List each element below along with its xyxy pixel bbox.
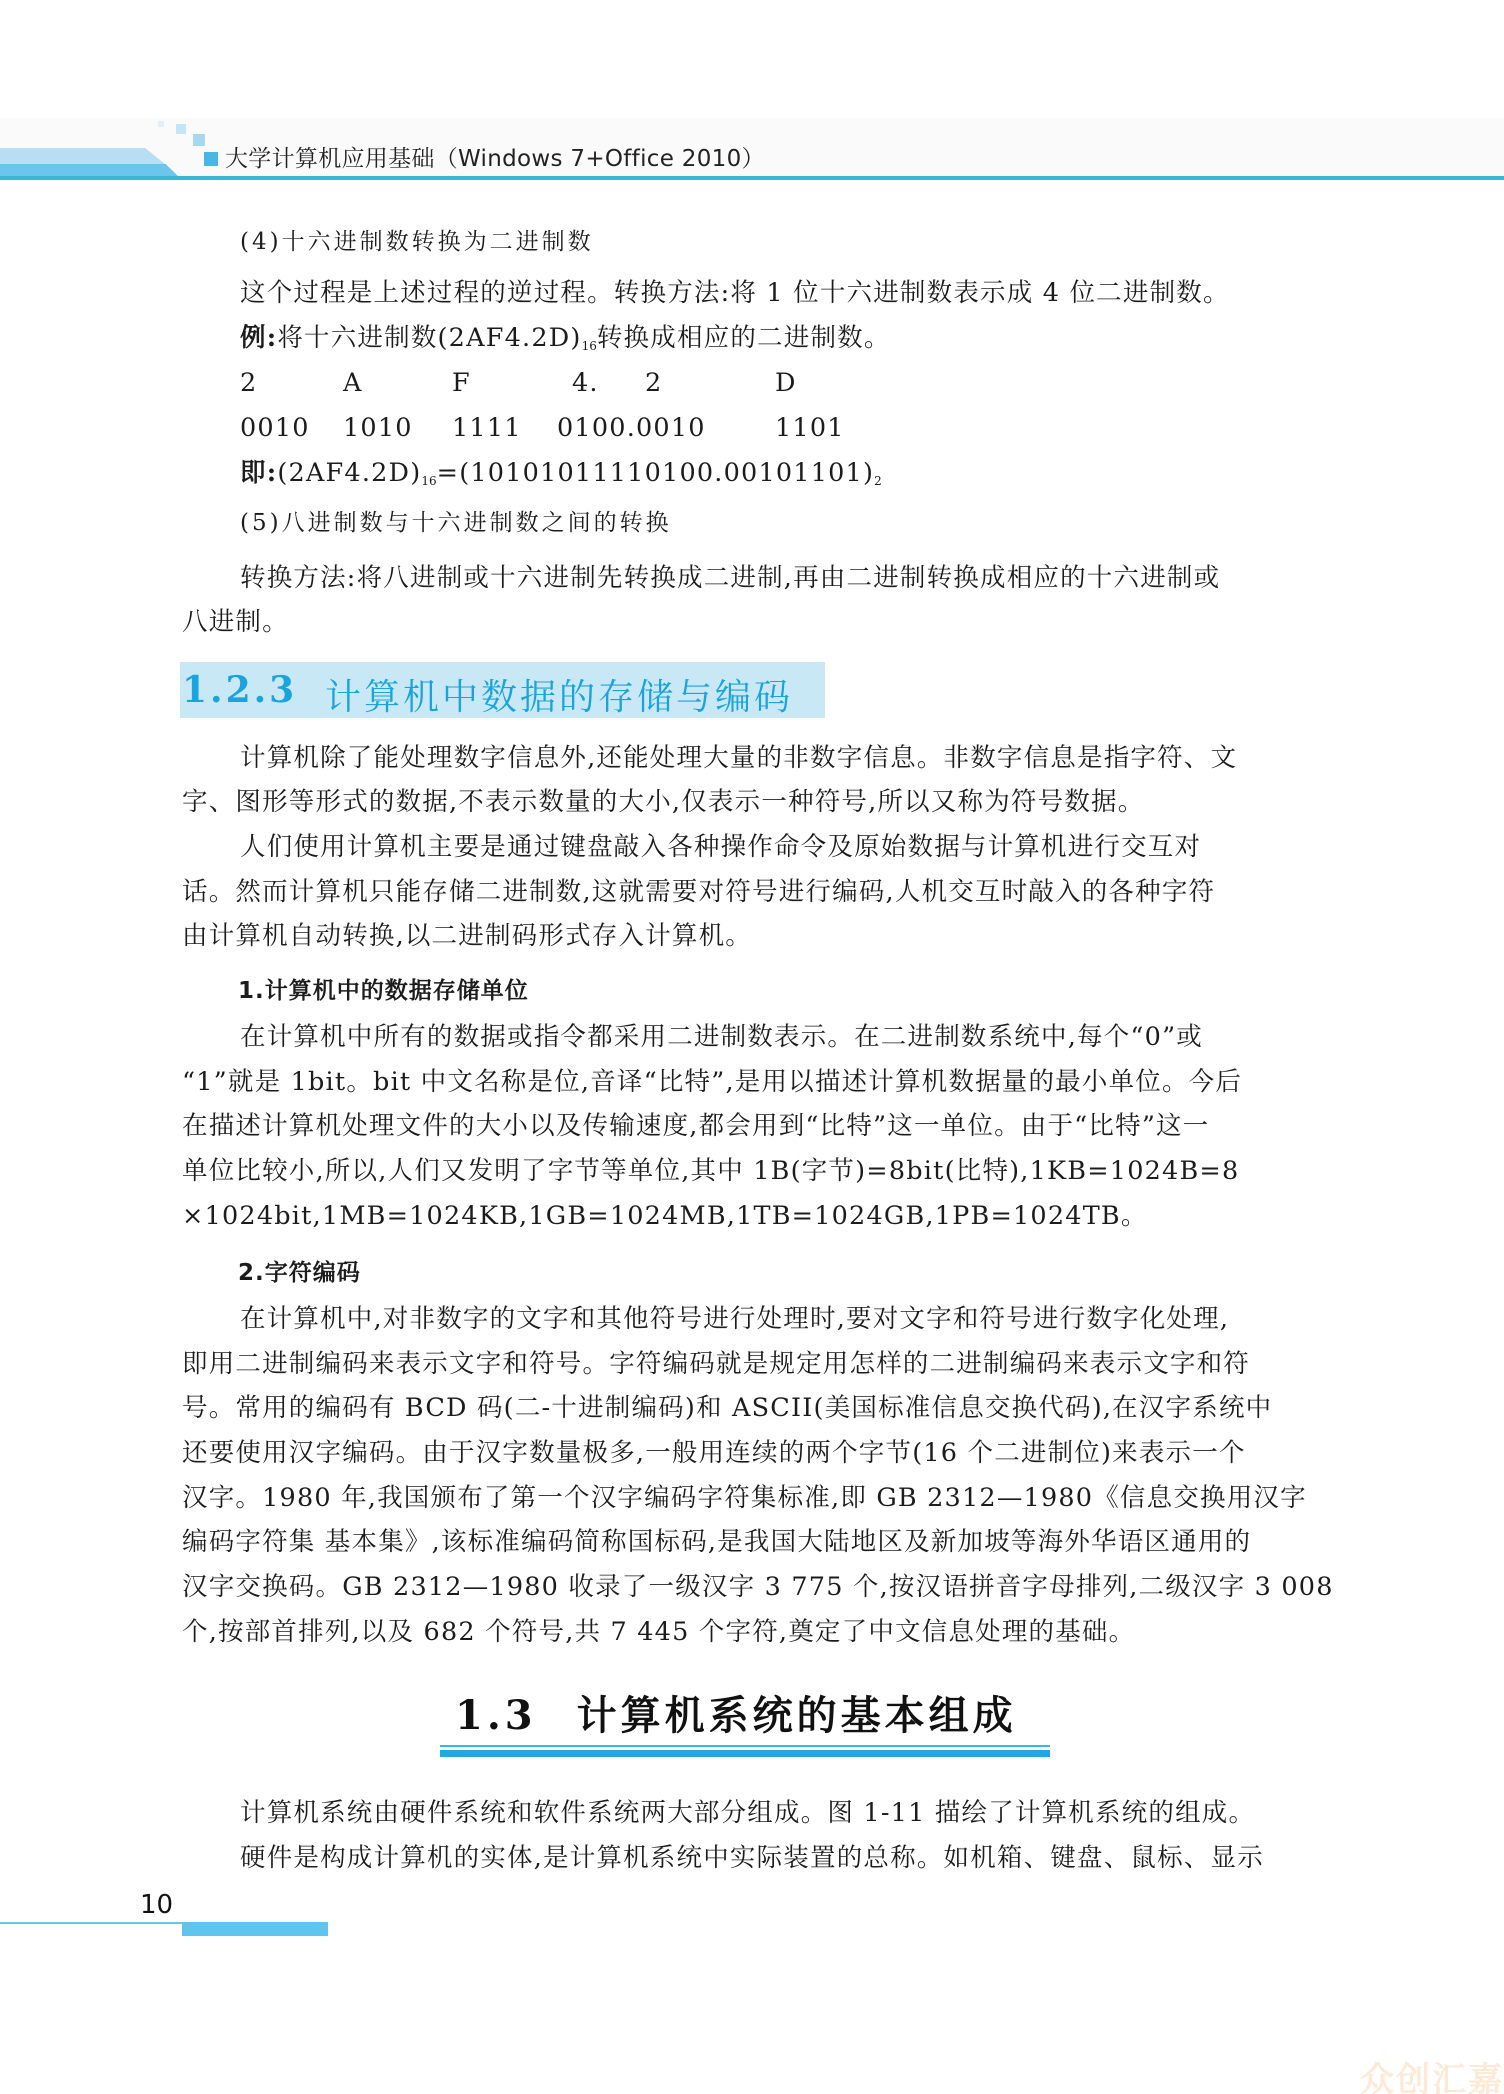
subscript: 16 [582, 339, 597, 353]
section-title: 计算机系统的基本组成 [577, 1693, 1017, 1739]
hex-digit: F [452, 368, 471, 398]
paragraph-line: 即用二进制编码来表示文字和符号。字符编码就是规定用怎样的二进制编码来表示文字和符 [182, 1349, 1250, 1379]
page-number: 10 [140, 1890, 173, 1920]
footer-rule [0, 1922, 182, 1924]
heading-underline [440, 1750, 1050, 1757]
section-title: 计算机中数据的存储与编码 [325, 669, 793, 720]
header-decor-square [158, 121, 164, 127]
example-label: 例: [240, 323, 277, 353]
paragraph-line: 单位比较小,所以,人们又发明了字节等单位,其中 1B(字节)=8bit(比特),… [182, 1156, 1239, 1186]
header-decor-stripe [0, 148, 165, 164]
section-heading-1-3: 1.3计算机系统的基本组成 [455, 1684, 1017, 1741]
paragraph-line: 号。常用的编码有 BCD 码(二-十进制编码)和 ASCII(美国标准信息交换代… [182, 1393, 1272, 1423]
paragraph-line: 转换方法:将八进制或十六进制先转换成二进制,再由二进制转换成相应的十六进制或 [240, 563, 1220, 593]
subheading-storage-units: 1.计算机中的数据存储单位 [238, 972, 529, 1005]
paragraph-line: 在计算机中,对非数字的文字和其他符号进行处理时,要对文字和符号进行数字化处理, [240, 1304, 1229, 1334]
watermark: 众创汇嘉 [1360, 2052, 1504, 2094]
footer-bar [182, 1922, 328, 1936]
binary-group: 1010 [343, 413, 413, 443]
header-rule [0, 176, 1504, 180]
section-number: 1.2.3 [182, 669, 297, 711]
example-text: 将十六进制数(2AF4.2D) [277, 323, 581, 353]
book-title: 大学计算机应用基础（Windows 7+Office 2010） [225, 140, 765, 173]
binary-group: 1111 [452, 413, 522, 443]
subsection-title: (5)八进制数与十六进制数之间的转换 [240, 508, 672, 538]
subheading-char-encoding: 2.字符编码 [238, 1254, 361, 1287]
paragraph-line: 人们使用计算机主要是通过键盘敲入各种操作命令及原始数据与计算机进行交互对 [240, 832, 1201, 862]
paragraph-line: 计算机除了能处理数字信息外,还能处理大量的非数字信息。非数字信息是指字符、文 [240, 743, 1237, 773]
hex-digit: D [775, 368, 797, 398]
hex-digit: 4. [572, 368, 599, 398]
section-number: 1.3 [455, 1692, 537, 1739]
paragraph-line: “1”就是 1bit。bit 中文名称是位,音译“比特”,是用以描述计算机数据量… [182, 1067, 1242, 1097]
paragraph-line: 汉字。1980 年,我国颁布了第一个汉字编码字符集标准,即 GB 2312—19… [182, 1483, 1307, 1513]
paragraph-line: 由计算机自动转换,以二进制码形式存入计算机。 [182, 921, 752, 951]
paragraph-line: 在计算机中所有的数据或指令都采用二进制数表示。在二进制数系统中,每个“0”或 [240, 1022, 1203, 1052]
subsection-title: (4)十六进制数转换为二进制数 [240, 227, 594, 257]
example-line: 例:将十六进制数(2AF4.2D)16转换成相应的二进制数。 [240, 323, 891, 361]
result-text: =(10101011110100.00101101) [437, 458, 875, 488]
paragraph-line: 字、图形等形式的数据,不表示数量的大小,仅表示一种符号,所以又称为符号数据。 [182, 787, 1144, 817]
section-heading-1-2-3: 1.2.3 计算机中数据的存储与编码 [180, 662, 825, 718]
paragraph-line: 这个过程是上述过程的逆过程。转换方法:将 1 位十六进制数表示成 4 位二进制数… [240, 278, 1230, 308]
paragraph-line: 硬件是构成计算机的实体,是计算机系统中实际装置的总称。如机箱、键盘、鼠标、显示 [240, 1843, 1264, 1873]
binary-group: 0100.0010 [557, 413, 706, 443]
result-text: (2AF4.2D) [277, 458, 421, 488]
hex-digit: 2 [645, 368, 662, 398]
binary-group: 1101 [775, 413, 845, 443]
binary-group: 0010 [240, 413, 310, 443]
paragraph-line: 话。然而计算机只能存储二进制数,这就需要对符号进行编码,人机交互时敲入的各种字符 [182, 877, 1215, 907]
paragraph-line: 八进制。 [182, 607, 289, 637]
subscript: 2 [874, 474, 882, 488]
hex-digit: 2 [240, 368, 257, 398]
paragraph-line: 个,按部首排列,以及 682 个符号,共 7 445 个字符,奠定了中文信息处理… [182, 1617, 1135, 1647]
example-text: 转换成相应的二进制数。 [597, 323, 891, 353]
paragraph-line: 还要使用汉字编码。由于汉字数量极多,一般用连续的两个字节(16 个二进制位)来表… [182, 1438, 1246, 1468]
hex-digit: A [343, 368, 363, 398]
heading-underline [440, 1745, 1050, 1747]
paragraph-line: 在描述计算机处理文件的大小以及传输速度,都会用到“比特”这一单位。由于“比特”这… [182, 1111, 1209, 1141]
paragraph-line: 计算机系统由硬件系统和软件系统两大部分组成。图 1-11 描绘了计算机系统的组成… [240, 1798, 1255, 1828]
subscript: 16 [421, 474, 436, 488]
header-bullet-icon [204, 152, 218, 166]
header-decor-square [176, 124, 186, 134]
result-label: 即: [240, 458, 277, 488]
paragraph-line: ×1024bit,1MB=1024KB,1GB=1024MB,1TB=1024G… [182, 1201, 1148, 1231]
paragraph-line: 编码字符集 基本集》,该标准编码简称国标码,是我国大陆地区及新加坡等海外华语区通… [182, 1527, 1251, 1557]
result-line: 即:(2AF4.2D)16=(10101011110100.00101101)2 [240, 458, 882, 496]
paragraph-line: 汉字交换码。GB 2312—1980 收录了一级汉字 3 775 个,按汉语拼音… [182, 1572, 1334, 1602]
header-decor-square [193, 134, 205, 146]
